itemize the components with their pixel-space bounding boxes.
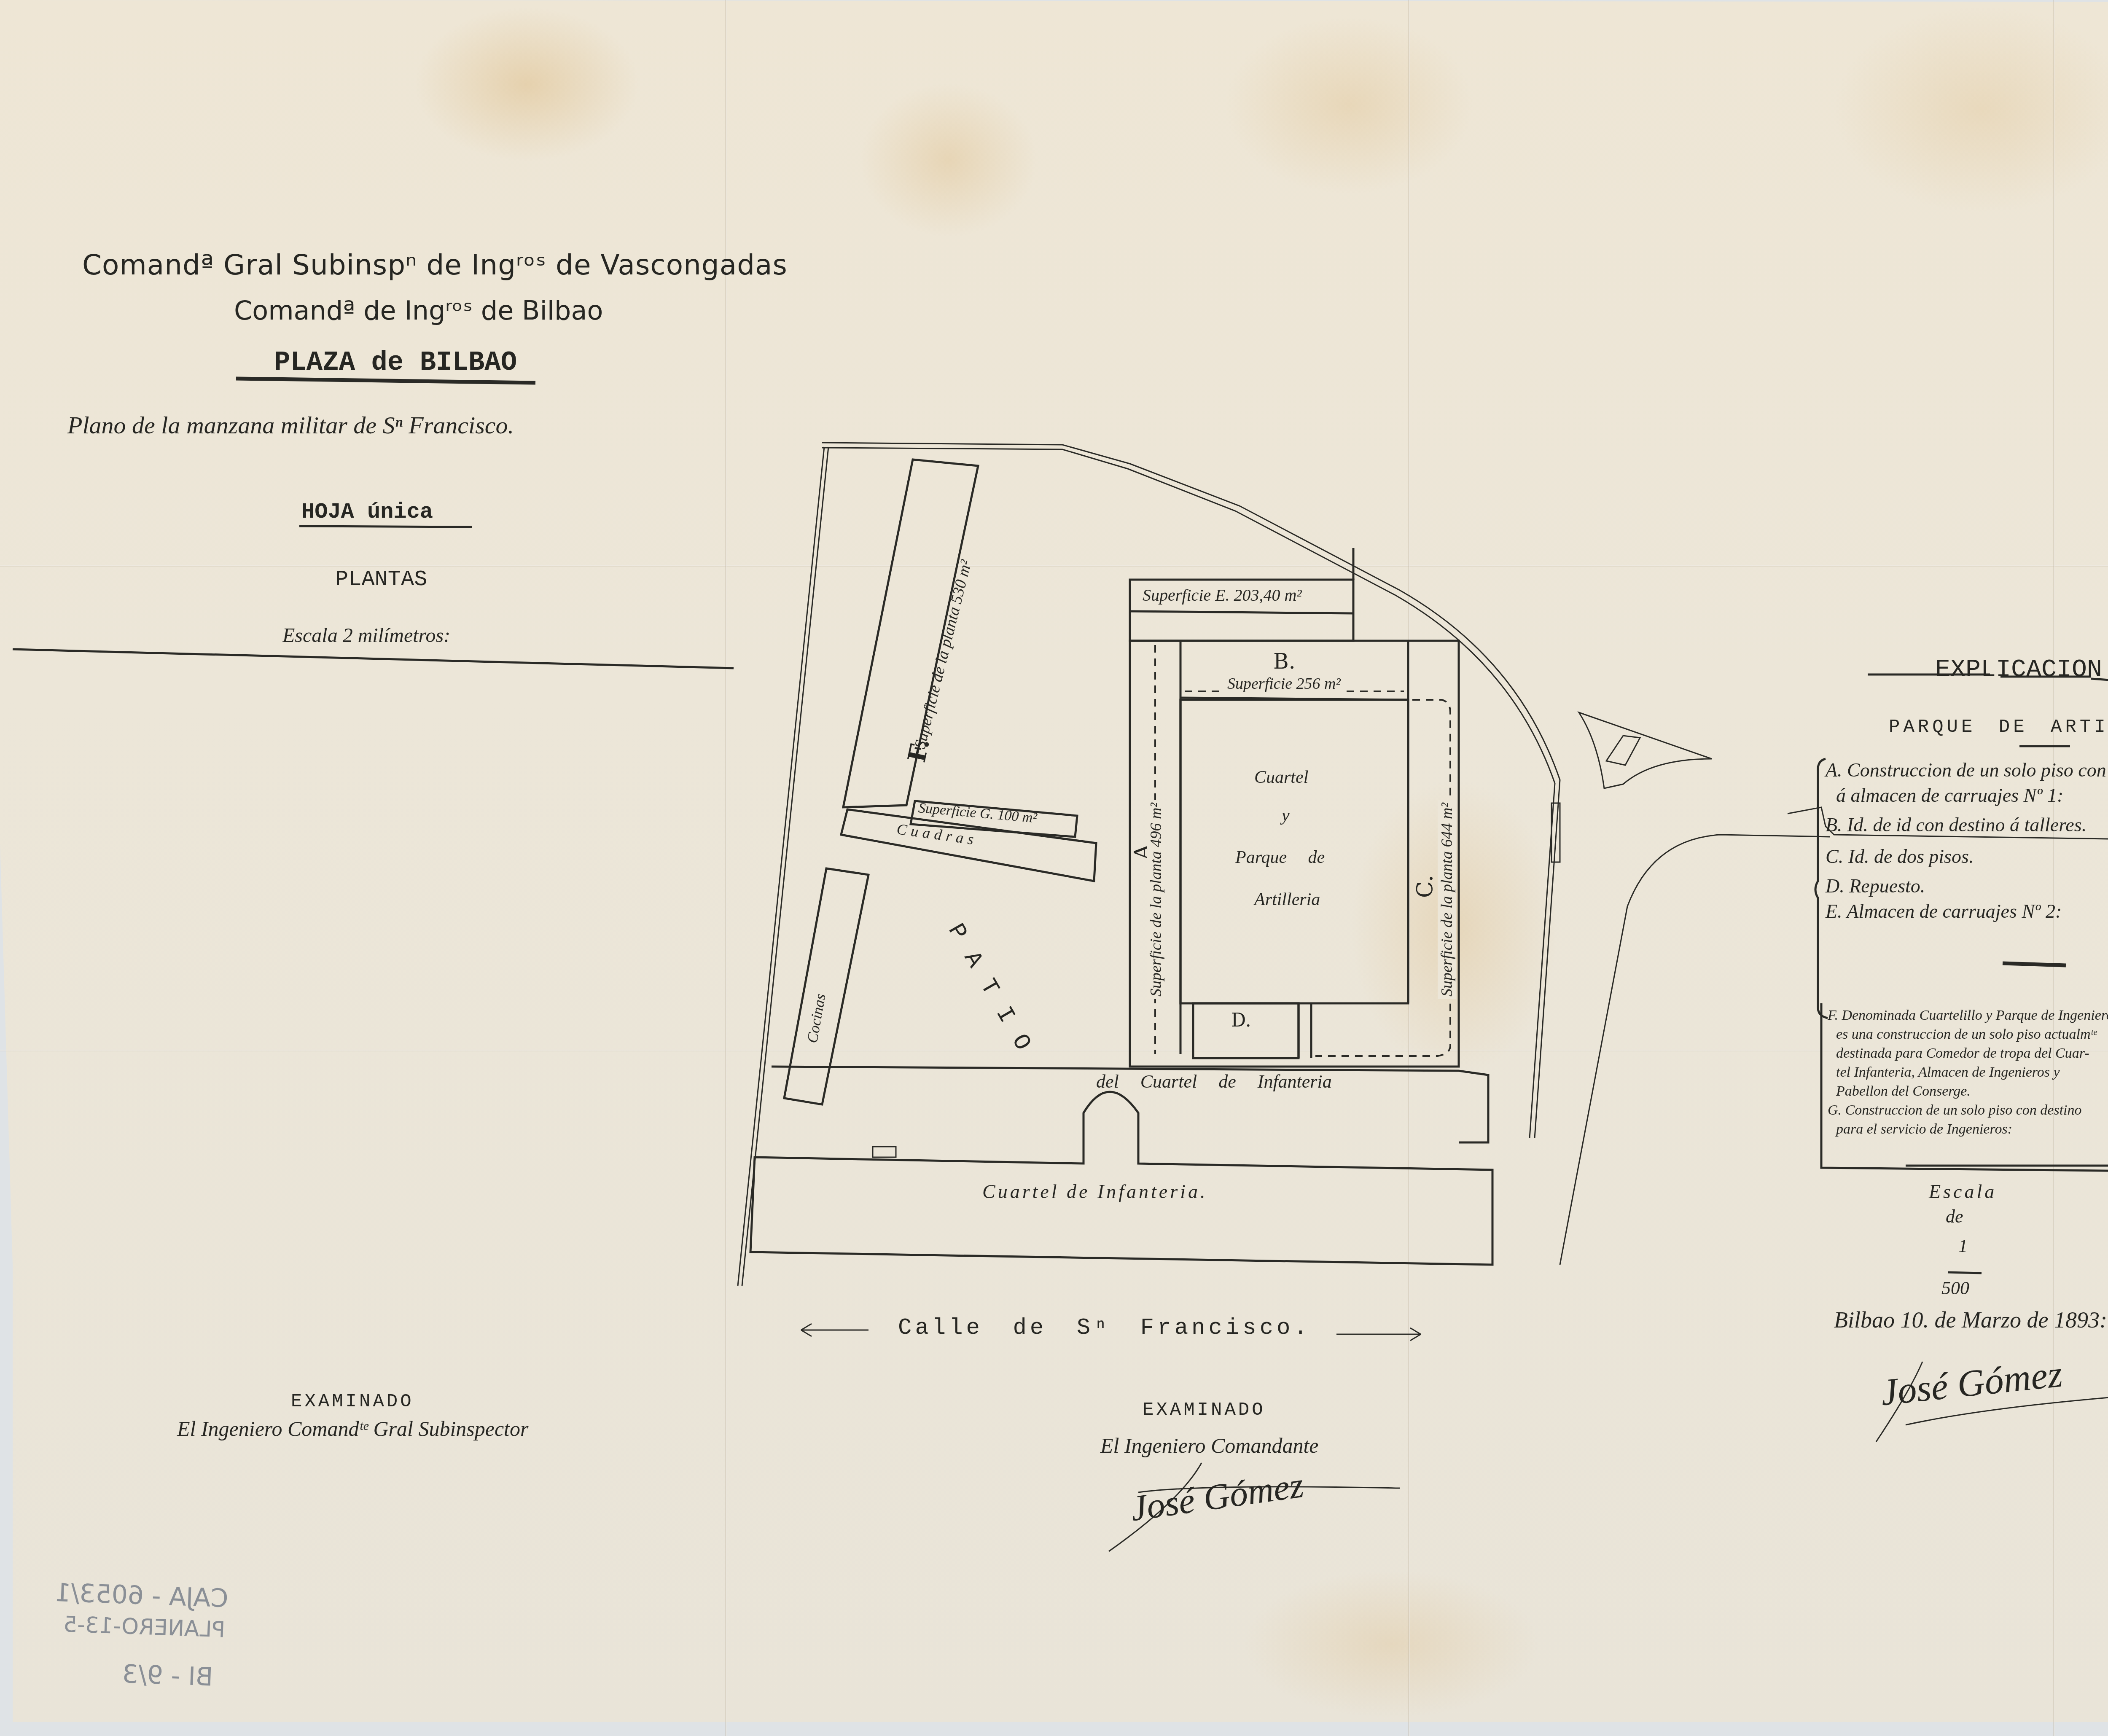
north-boundary-road (822, 443, 1560, 1138)
central-line2: y (1282, 805, 1290, 825)
legend-item-C: C. Id. de dos pisos. (1826, 845, 1974, 868)
header-line1: Comandª Gral Subinspⁿ de Ingʳᵒˢ de Vasco… (82, 249, 788, 281)
west-boundary (738, 447, 824, 1286)
sheet-label: HOJA única (301, 500, 433, 524)
scale-fraction-bar (1948, 1272, 1982, 1273)
label-patio-sub: del Cuartel de Infanteria (1096, 1071, 1332, 1092)
label-cuartel-infanteria: Cuartel de Infanteria. (982, 1180, 1207, 1203)
legend-item-A-cont: á almacen de carruajes Nº 1: (1836, 784, 2063, 806)
examinado-1-role: El Ingeniero Comandᵗᵉ Gral Subinspector (177, 1416, 528, 1441)
label-C: C. (1412, 875, 1438, 898)
area-C: Superficie de la planta 644 m² (1438, 800, 1456, 999)
examinado-2-title: EXAMINADO (1143, 1400, 1266, 1421)
examinado-2-role: El Ingeniero Comandante (1100, 1433, 1319, 1458)
central-line4: Artilleria (1254, 889, 1320, 910)
legend-item-G-cont: para el servicio de Ingenieros: (1836, 1121, 2012, 1137)
scale-bar-line (13, 649, 734, 668)
area-A: Superficie de la planta 496 m² (1147, 800, 1165, 999)
legend-item-F: F. Denominada Cuartelillo y Parque de In… (1828, 1008, 2108, 1024)
examinado-1-title: EXAMINADO (291, 1391, 414, 1412)
legend-item-F-cont1: es una construccion de un solo piso actu… (1836, 1027, 2097, 1043)
legend-item-F-cont2: destinada para Comedor de tropa del Cuar… (1836, 1045, 2089, 1061)
legend-title: EXPLICACION (1935, 656, 2102, 684)
building-cocinas (784, 868, 868, 1104)
plan-title: Plano de la manzana militar de Sⁿ Franci… (67, 411, 514, 439)
plaza-underline (236, 379, 535, 383)
well-icon (873, 1147, 896, 1157)
building-E-divider (1130, 611, 1353, 613)
legend-item-A: A. Construccion de un solo piso con dest… (1826, 759, 2108, 781)
building-cuartel-infanteria (750, 1092, 1492, 1265)
scale-line-label: Escala 2 milímetros: (282, 624, 450, 647)
legend-item-F-cont4: Pabellon del Conserge. (1836, 1083, 1971, 1099)
hoja-underline (299, 526, 472, 527)
legend-item-B: B. Id. de id con destino á talleres. (1826, 814, 2086, 836)
plaza-title: PLAZA de BILBAO (274, 348, 517, 378)
stairs-icon (1606, 736, 1640, 765)
street-arrow-left-icon (801, 1324, 868, 1336)
street-label: Calle de Sⁿ Francisco. (898, 1315, 1311, 1341)
legend-item-D: D. Repuesto. (1826, 875, 1925, 897)
legend-item-E: E. Almacen de carruajes Nº 2: (1826, 900, 2062, 922)
scale-denominator: 500 (1941, 1277, 1969, 1299)
scale-label: Escala (1929, 1180, 1997, 1203)
legend-subtitle: PARQUE DE ARTILLERIA (1889, 717, 2108, 738)
legend-separator (2003, 963, 2066, 965)
scale-numerator: 1 (1958, 1235, 1968, 1257)
header-line2: Comandª de Ingʳᵒˢ de Bilbao (234, 295, 603, 326)
archive-note-line3: BI - 9/3 (122, 1659, 214, 1692)
area-E: Superficie E. 203,40 m² (1143, 585, 1301, 605)
street-arrow-right-icon (1336, 1328, 1421, 1341)
central-line3: Parque de (1235, 847, 1325, 868)
archive-note-line1: CAJA - 6053/1 (54, 1578, 229, 1613)
building-D-wall (1299, 1003, 1311, 1058)
traffic-island (1579, 712, 1712, 788)
legend-item-F-cont3: tel Infanteria, Almacen de Ingenieros y (1836, 1064, 2060, 1080)
north-boundary-road (822, 448, 1555, 1138)
central-line1: Cuartel (1254, 767, 1308, 787)
area-B: Superficie 256 m² (1225, 675, 1343, 693)
legend-item-G: G. Construccion de un solo piso con dest… (1828, 1102, 2082, 1118)
scale-de: de (1946, 1206, 1963, 1227)
label-D: D. (1231, 1010, 1251, 1031)
label-B: B. (1273, 649, 1296, 674)
date-place: Bilbao 10. de Marzo de 1893: (1834, 1307, 2107, 1333)
east-road (1560, 835, 1830, 1265)
view-label: PLANTAS (335, 567, 427, 592)
